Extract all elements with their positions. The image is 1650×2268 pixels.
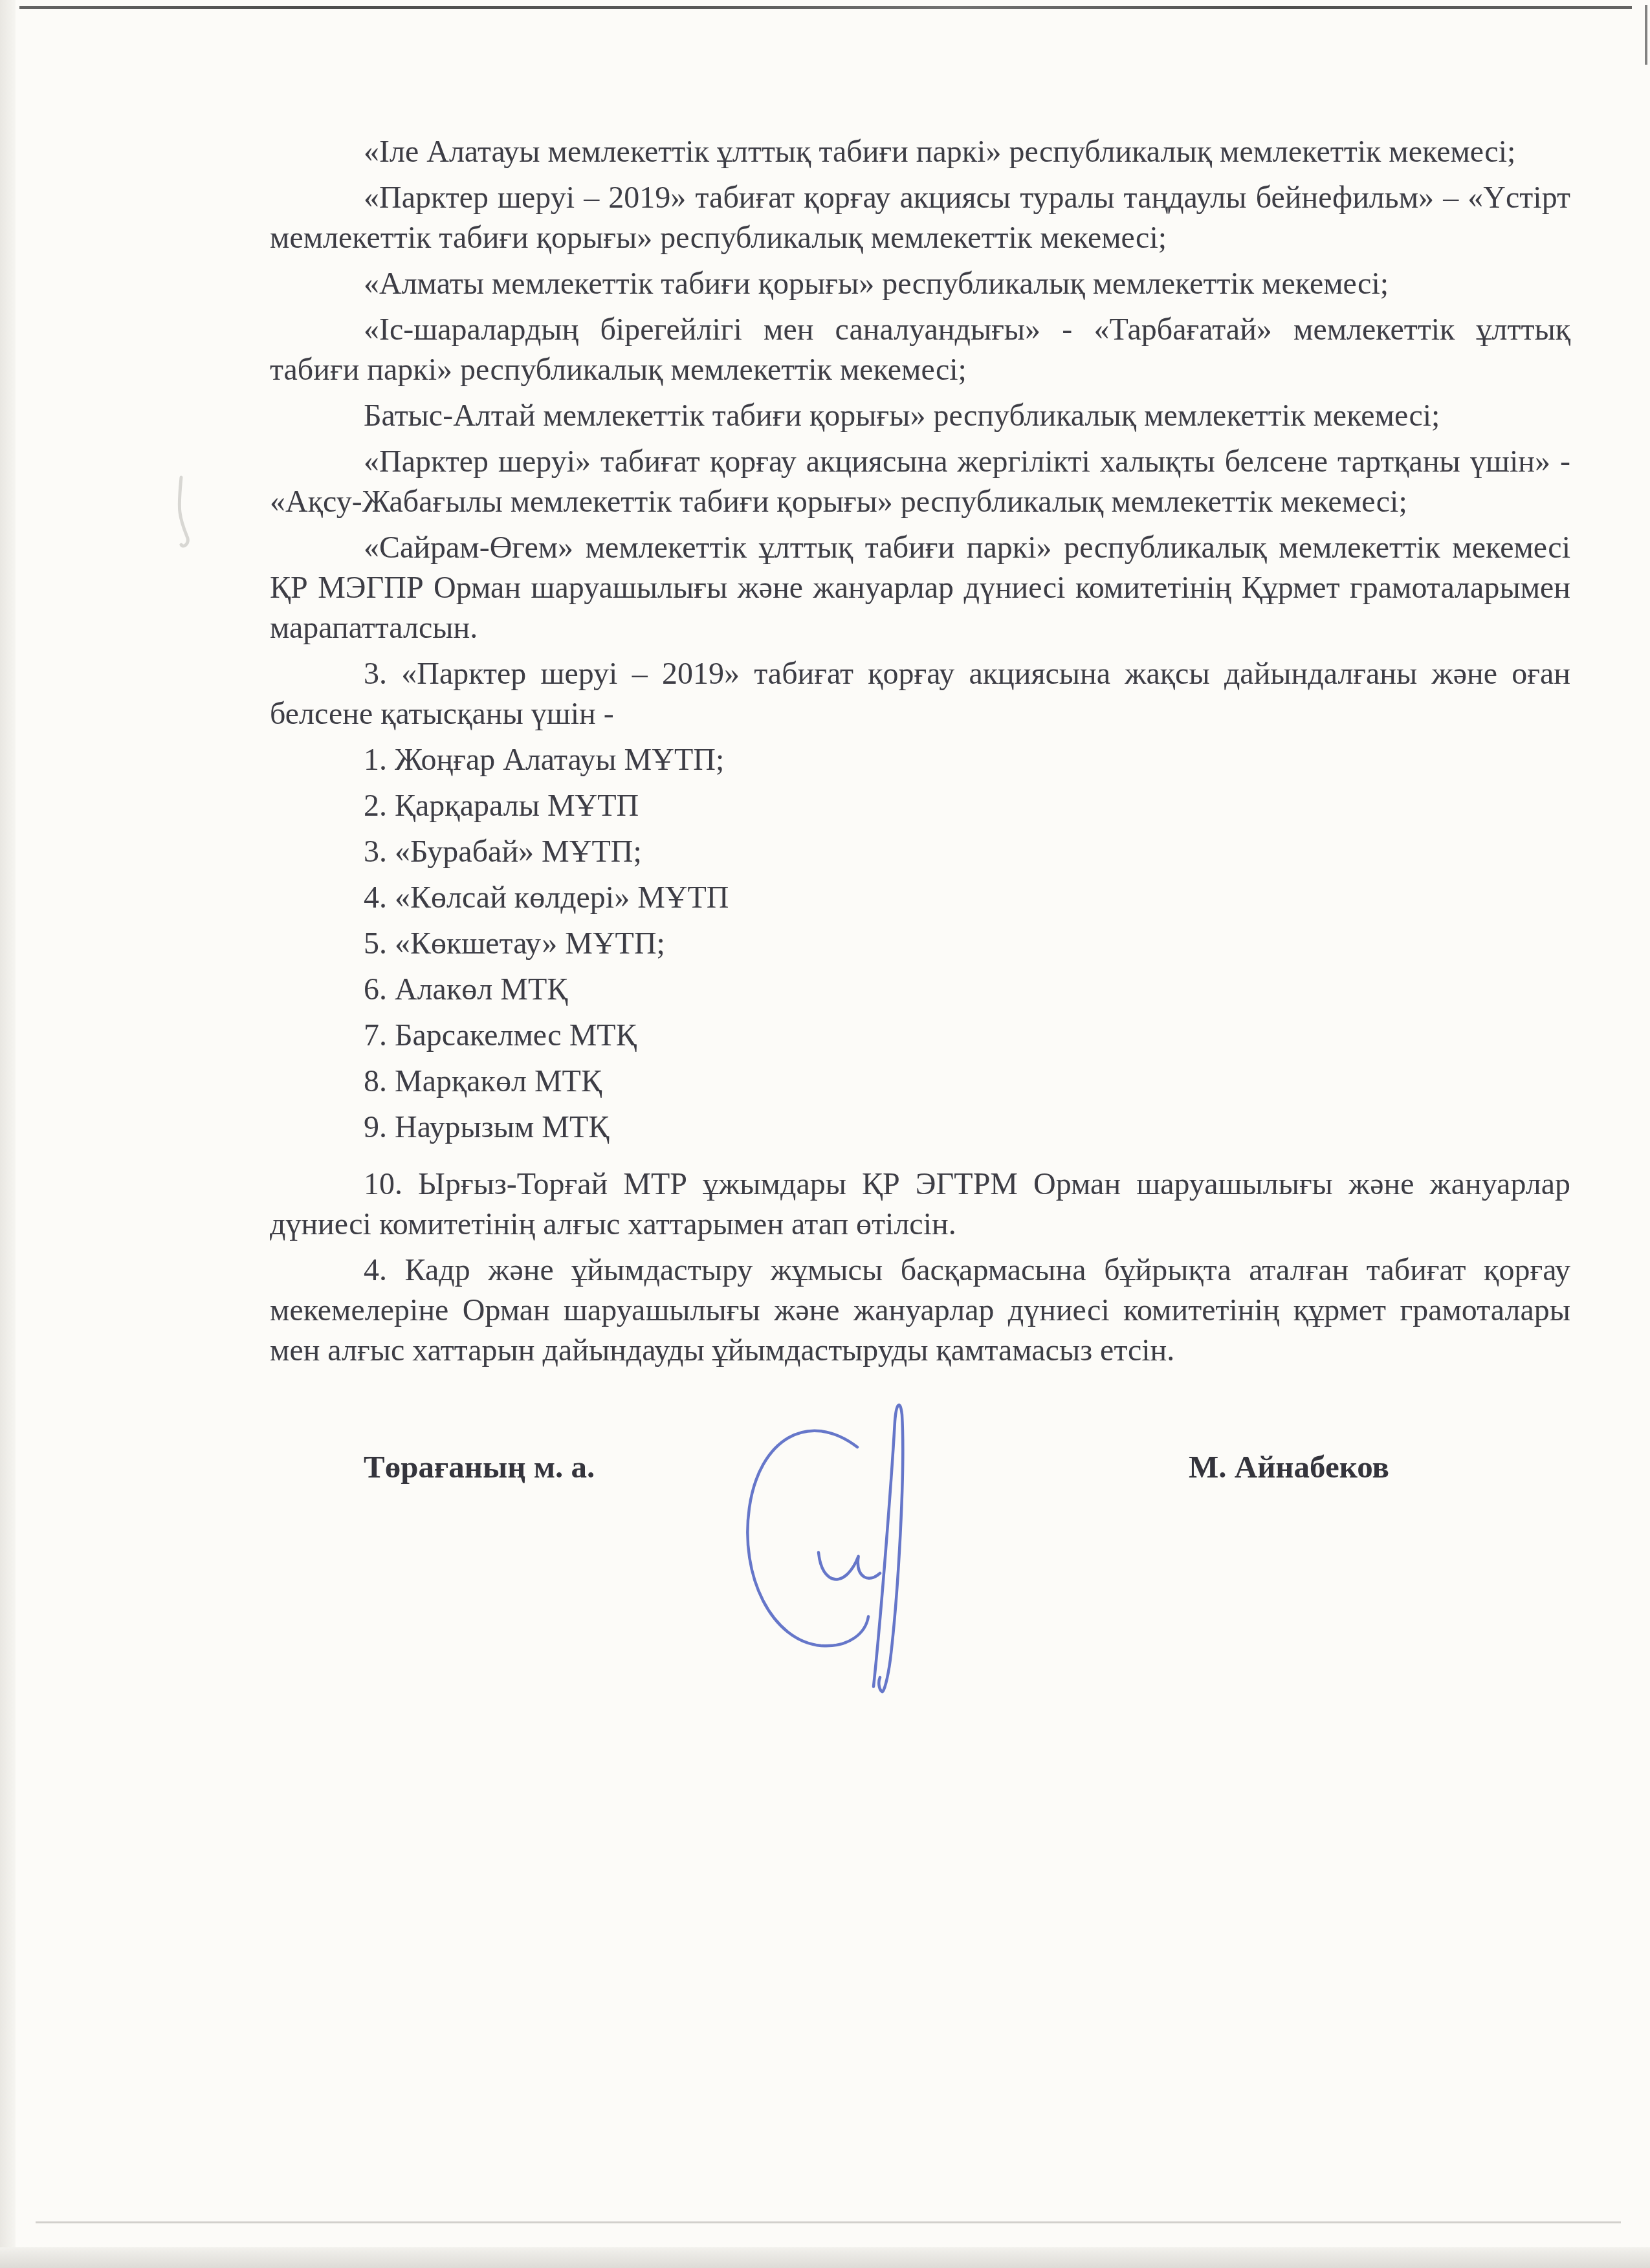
document-body: «Іле Алатауы мемлекеттік ұлттық табиғи п… [270,132,1570,1505]
paragraph: 10. Ырғыз-Торғай МТР ұжымдары ҚР ЭГТРМ О… [270,1164,1570,1245]
paragraph: «Сайрам-Өгем» мемлекеттік ұлттық табиғи … [270,528,1570,648]
paragraph: 4. Кадр және ұйымдастыру жұмысы басқарма… [270,1250,1570,1371]
paragraph: 5. «Көкшетау» МҰТП; [270,924,1570,964]
paragraph: 3. «Парктер шеруі – 2019» табиғат қорғау… [270,654,1570,734]
paragraph: 1. Жоңғар Алатауы МҰТП; [270,740,1570,780]
paragraph: 7. Барсакелмес МТҚ [270,1016,1570,1056]
signature-block: Төрағаның м. а. М. Айнабеков [270,1447,1570,1505]
scan-smudge-mark [167,472,199,556]
paragraph: 3. «Бурабай» МҰТП; [270,832,1570,872]
paragraph: «Парктер шеруі» табиғат қорғау акциясына… [270,442,1570,522]
paragraph: 6. Алакөл МТҚ [270,970,1570,1010]
paragraph: «Алматы мемлекеттік табиғи қорығы» респу… [270,264,1570,304]
paragraph: 8. Марқакөл МТҚ [270,1062,1570,1102]
paragraph: 9. Наурызым МТҚ [270,1107,1570,1148]
signer-title: Төрағаның м. а. [364,1447,595,1487]
scan-artifact-top-line [19,6,1632,9]
handwritten-signature-icon [723,1388,923,1698]
paragraph: «Іс-шаралардың бірегейлігі мен саналуанд… [270,310,1570,390]
paragraph: 4. «Көлсай көлдері» МҰТП [270,878,1570,918]
scan-artifact-bottom-line [36,2221,1621,2223]
scan-artifact-right-corner [1645,5,1647,65]
paragraph: Батыс-Алтай мемлекеттік табиғи қорығы» р… [270,396,1570,436]
scanned-document-page: «Іле Алатауы мемлекеттік ұлттық табиғи п… [0,0,1650,2268]
paragraph: 2. Қарқаралы МҰТП [270,786,1570,826]
paragraph: «Іле Алатауы мемлекеттік ұлттық табиғи п… [270,132,1570,172]
paragraph: «Парктер шеруі – 2019» табиғат қорғау ак… [270,178,1570,258]
scan-artifact-left-edge [0,0,16,2268]
scan-artifact-bottom-edge [0,2247,1650,2268]
signer-name: М. Айнабеков [1189,1447,1389,1487]
